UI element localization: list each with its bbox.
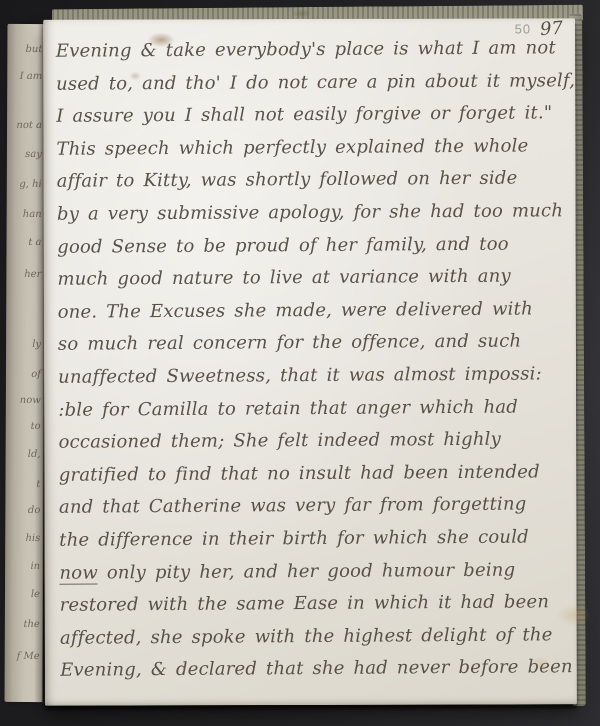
manuscript-text: Evening & take everybody's place is what…	[56, 32, 571, 687]
margin-fragment: the	[23, 620, 39, 630]
margin-fragment: to	[31, 422, 41, 432]
manuscript-line: Evening & take everybody's place is what…	[56, 32, 566, 68]
manuscript-line: restored with the same Ease in which it …	[60, 586, 570, 622]
underlined-word: now	[59, 562, 98, 584]
manuscript-line: and that Catherine was very far from for…	[59, 489, 569, 525]
manuscript-line: so much real concern for the offence, an…	[58, 326, 568, 362]
manuscript-line: affected, she spoke with the highest del…	[60, 619, 570, 655]
margin-fragment: his	[25, 534, 40, 544]
manuscript-line: :ble for Camilla to retain that anger wh…	[58, 391, 568, 427]
manuscript-line: now only pity her, and her good humour b…	[59, 554, 569, 590]
scan-background: butI amnot asayg, hihant aherlyofnowtold…	[0, 0, 600, 726]
manuscript-line: Evening, & declared that she had never b…	[60, 651, 570, 687]
margin-fragment: her	[24, 270, 41, 280]
manuscript-line: gratified to find that no insult had bee…	[59, 456, 569, 492]
margin-fragment: g, hi	[19, 180, 41, 190]
margin-fragment: han	[23, 210, 42, 220]
margin-fragment: of	[31, 370, 41, 380]
manuscript-line: affair to Kitty, was shortly followed on…	[57, 163, 567, 199]
margin-fragment: do	[28, 506, 40, 516]
manuscript-line: unaffected Sweetness, that it was almost…	[58, 358, 568, 394]
manuscript-line: one. The Excuses she made, were delivere…	[58, 293, 568, 329]
margin-fragment: f Me	[17, 652, 40, 662]
manuscript-line: I assure you I shall not easily forgive …	[56, 97, 566, 133]
manuscript-line: by a very submissive apology, for she ha…	[57, 195, 567, 231]
manuscript-line: occasioned them; She felt indeed most hi…	[58, 423, 568, 459]
margin-fragment: le	[31, 590, 40, 600]
facing-page-edge: butI amnot asayg, hihant aherlyofnowtold…	[5, 24, 46, 702]
margin-fragment: ly	[32, 340, 41, 350]
margin-fragment: say	[25, 150, 42, 160]
margin-fragment: now	[20, 396, 41, 406]
manuscript-line: the difference in their birth for which …	[59, 521, 569, 557]
manuscript-line: used to, and tho' I do not care a pin ab…	[56, 65, 566, 101]
manuscript-page: 50 97 Evening & take everybody's place i…	[43, 18, 577, 705]
manuscript-line: good Sense to be proud of her family, an…	[57, 228, 567, 264]
manuscript-line: This speech which perfectly explained th…	[56, 130, 566, 166]
margin-fragment: ld,	[28, 450, 41, 460]
margin-fragment: t	[36, 480, 40, 490]
margin-fragment: t a	[28, 238, 41, 248]
manuscript-line: much good nature to live at variance wit…	[57, 260, 567, 296]
margin-fragment: I am	[20, 72, 43, 82]
margin-fragment: in	[30, 562, 40, 572]
margin-fragment: but	[25, 45, 42, 55]
margin-fragment: not a	[16, 121, 42, 131]
